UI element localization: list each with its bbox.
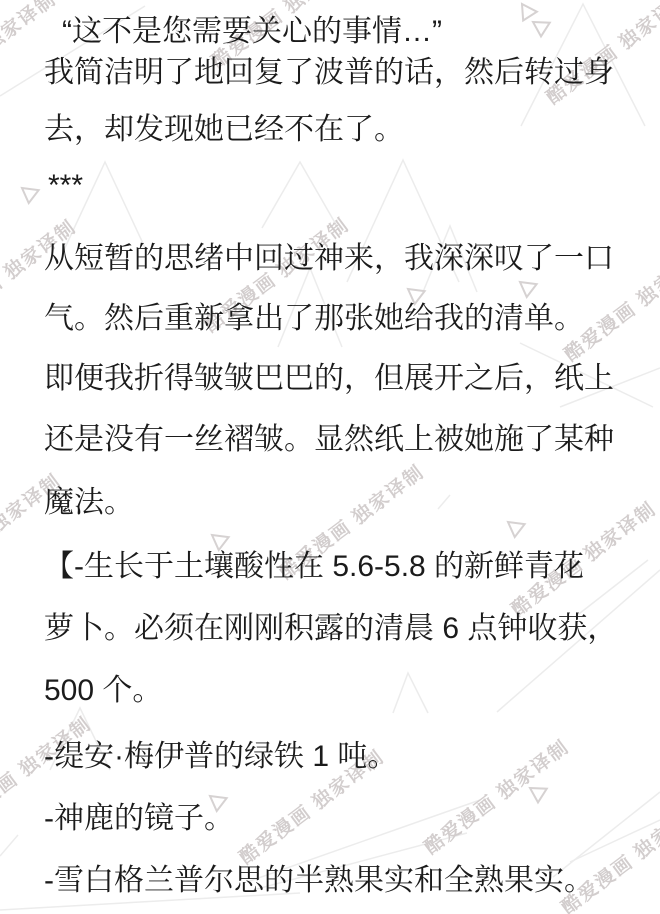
text-line-dialogue: “这不是您需要关心的事情…”: [62, 12, 442, 52]
text-line: 去，却发现她已经不在了。: [44, 110, 404, 150]
text-line: 气。然后重新拿出了那张她给我的清单。: [44, 299, 584, 339]
text-line: 萝卜。必须在刚刚积露的清晨 6 点钟收获，: [44, 609, 617, 649]
text-line: 500 个。: [44, 671, 162, 711]
novel-page: 酷爱漫画 独家译制 酷爱漫画 独家译制 酷爱漫画 独家译制 酷爱漫画 独家译制 …: [0, 0, 660, 914]
text-line: 魔法。: [44, 483, 134, 523]
text-line-list-start: 【-生长于土壤酸性在 5.6-5.8 的新鲜青花: [44, 547, 584, 587]
text-line-list-item: -神鹿的镜子。: [44, 799, 234, 839]
novel-text: “这不是您需要关心的事情…” 我简洁明了地回复了波普的话，然后转过身 去，却发现…: [0, 0, 660, 914]
scene-break-asterisks: ***: [48, 166, 83, 206]
text-line: 从短暂的思绪中回过神来，我深深叹了一口: [44, 239, 614, 279]
text-line: 即便我折得皱皱巴巴的，但展开之后，纸上: [44, 359, 614, 399]
text-line-list-item: -缇安·梅伊普的绿铁 1 吨。: [44, 737, 397, 777]
text-line: 我简洁明了地回复了波普的话，然后转过身: [44, 53, 614, 93]
text-line-list-item: -雪白格兰普尔思的半熟果实和全熟果实。: [44, 861, 594, 901]
text-line: 还是没有一丝褶皱。显然纸上被她施了某种: [44, 420, 614, 460]
